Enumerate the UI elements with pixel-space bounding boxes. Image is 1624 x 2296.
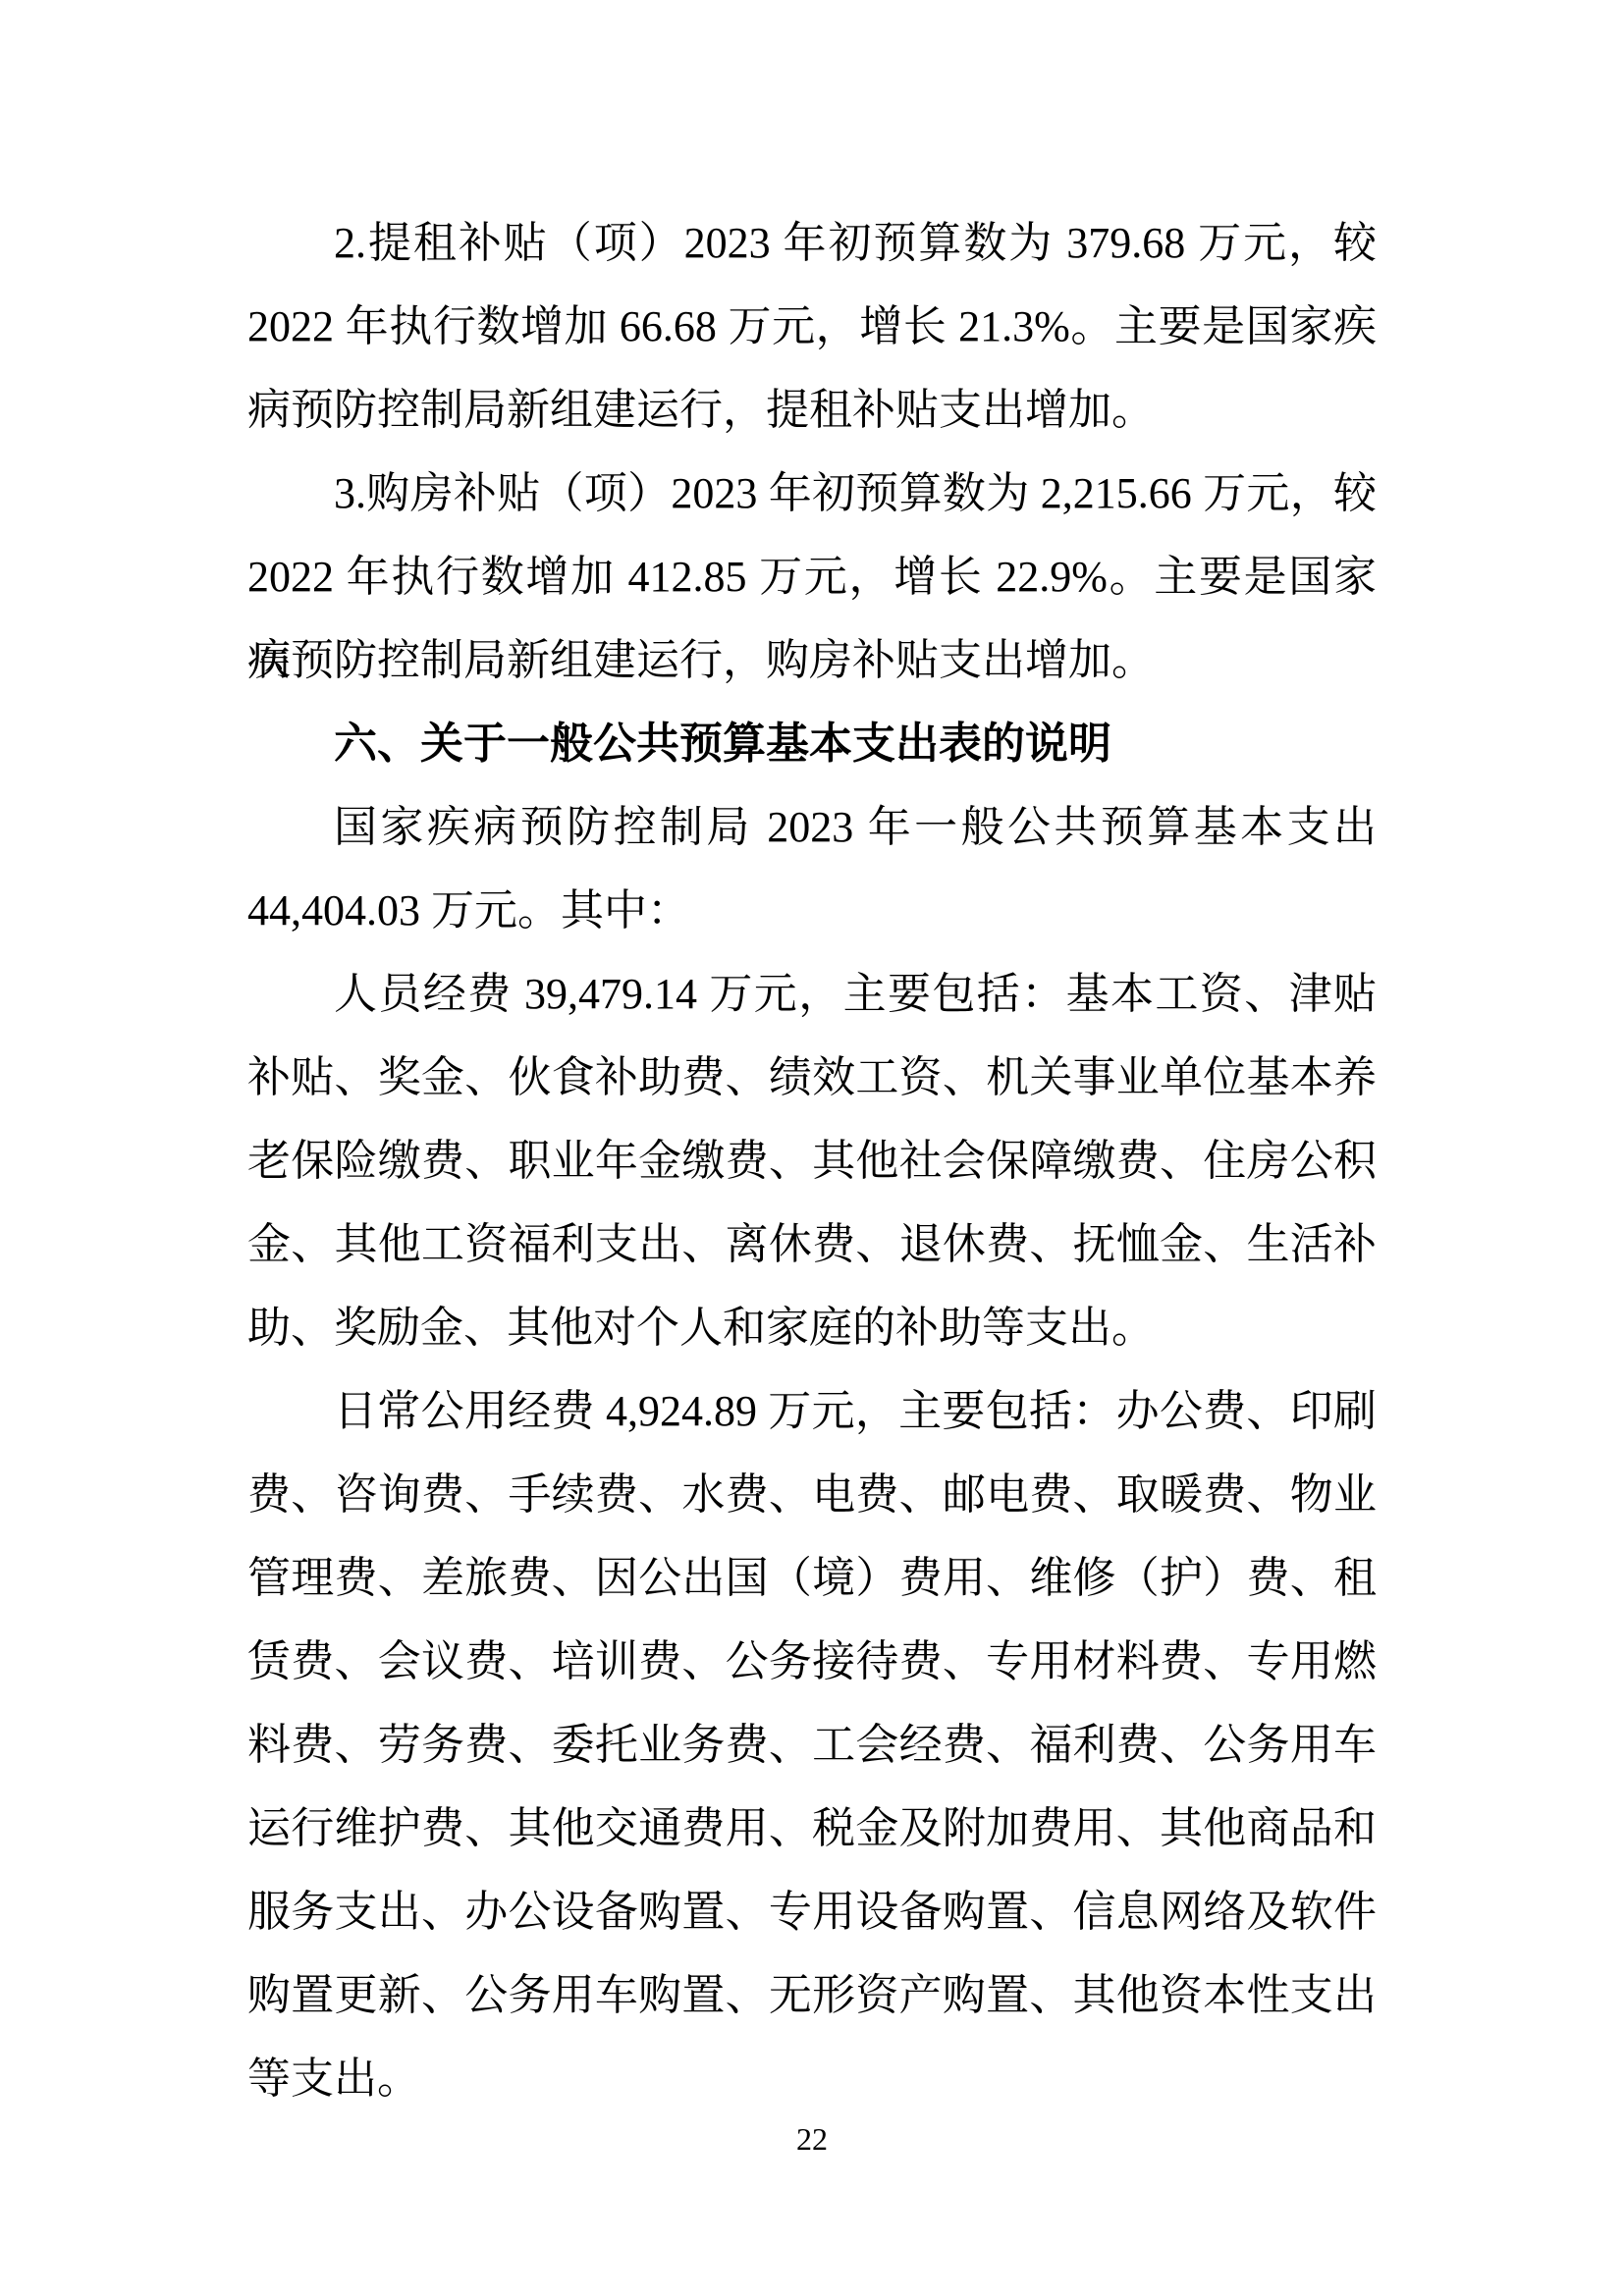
text-line: 2.提租补贴（项）2023 年初预算数为 379.68 万元，较	[247, 201, 1377, 285]
para-rent-subsidy: 2.提租补贴（项）2023 年初预算数为 379.68 万元，较 2022 年执…	[247, 201, 1377, 452]
text-line: 2022 年执行数增加 412.85 万元，增长 22.9%。主要是国家疾	[247, 535, 1377, 618]
para-housing-subsidy: 3.购房补贴（项）2023 年初预算数为 2,215.66 万元，较 2022 …	[247, 452, 1377, 702]
text-line: 国家疾病预防控制局 2023 年一般公共预算基本支出	[247, 785, 1377, 869]
text-line: 购置更新、公务用车购置、无形资产购置、其他资本性支出	[247, 1953, 1377, 2037]
text-line: 料费、劳务费、委托业务费、工会经费、福利费、公务用车	[247, 1703, 1377, 1787]
text-line: 老保险缴费、职业年金缴费、其他社会保障缴费、住房公积	[247, 1119, 1377, 1202]
text-line: 助、奖励金、其他对个人和家庭的补助等支出。	[247, 1286, 1377, 1369]
text-line: 人员经费 39,479.14 万元，主要包括：基本工资、津贴	[247, 952, 1377, 1036]
para-personnel-funds: 人员经费 39,479.14 万元，主要包括：基本工资、津贴 补贴、奖金、伙食补…	[247, 952, 1377, 1369]
text-line: 金、其他工资福利支出、离休费、退休费、抚恤金、生活补	[247, 1202, 1377, 1286]
page-footer: 22	[0, 2118, 1624, 2160]
text-line: 运行维护费、其他交通费用、税金及附加费用、其他商品和	[247, 1787, 1377, 1870]
text-line: 赁费、会议费、培训费、公务接待费、专用材料费、专用燃	[247, 1620, 1377, 1703]
text-line: 2022 年执行数增加 66.68 万元，增长 21.3%。主要是国家疾	[247, 285, 1377, 368]
section-heading-text: 六、关于一般公共预算基本支出表的说明	[247, 702, 1377, 785]
section-heading: 六、关于一般公共预算基本支出表的说明	[247, 702, 1377, 785]
text-line: 等支出。	[247, 2037, 1377, 2120]
text-line: 病预防控制局新组建运行，购房补贴支出增加。	[247, 618, 1377, 702]
para-basic-expenditure-total: 国家疾病预防控制局 2023 年一般公共预算基本支出 44,404.03 万元。…	[247, 785, 1377, 952]
text-line: 费、咨询费、手续费、水费、电费、邮电费、取暖费、物业	[247, 1453, 1377, 1536]
text-line: 3.购房补贴（项）2023 年初预算数为 2,215.66 万元，较	[247, 452, 1377, 535]
text-line: 44,404.03 万元。其中：	[247, 869, 1377, 952]
document-body: 2.提租补贴（项）2023 年初预算数为 379.68 万元，较 2022 年执…	[247, 201, 1377, 2120]
text-line: 病预防控制局新组建运行，提租补贴支出增加。	[247, 368, 1377, 452]
para-daily-public-funds: 日常公用经费 4,924.89 万元，主要包括：办公费、印刷 费、咨询费、手续费…	[247, 1369, 1377, 2120]
text-line: 补贴、奖金、伙食补助费、绩效工资、机关事业单位基本养	[247, 1036, 1377, 1119]
text-line: 日常公用经费 4,924.89 万元，主要包括：办公费、印刷	[247, 1369, 1377, 1453]
document-page: 2.提租补贴（项）2023 年初预算数为 379.68 万元，较 2022 年执…	[0, 0, 1624, 2296]
text-line: 服务支出、办公设备购置、专用设备购置、信息网络及软件	[247, 1870, 1377, 1953]
page-number: 22	[796, 2121, 828, 2157]
text-line: 管理费、差旅费、因公出国（境）费用、维修（护）费、租	[247, 1536, 1377, 1620]
